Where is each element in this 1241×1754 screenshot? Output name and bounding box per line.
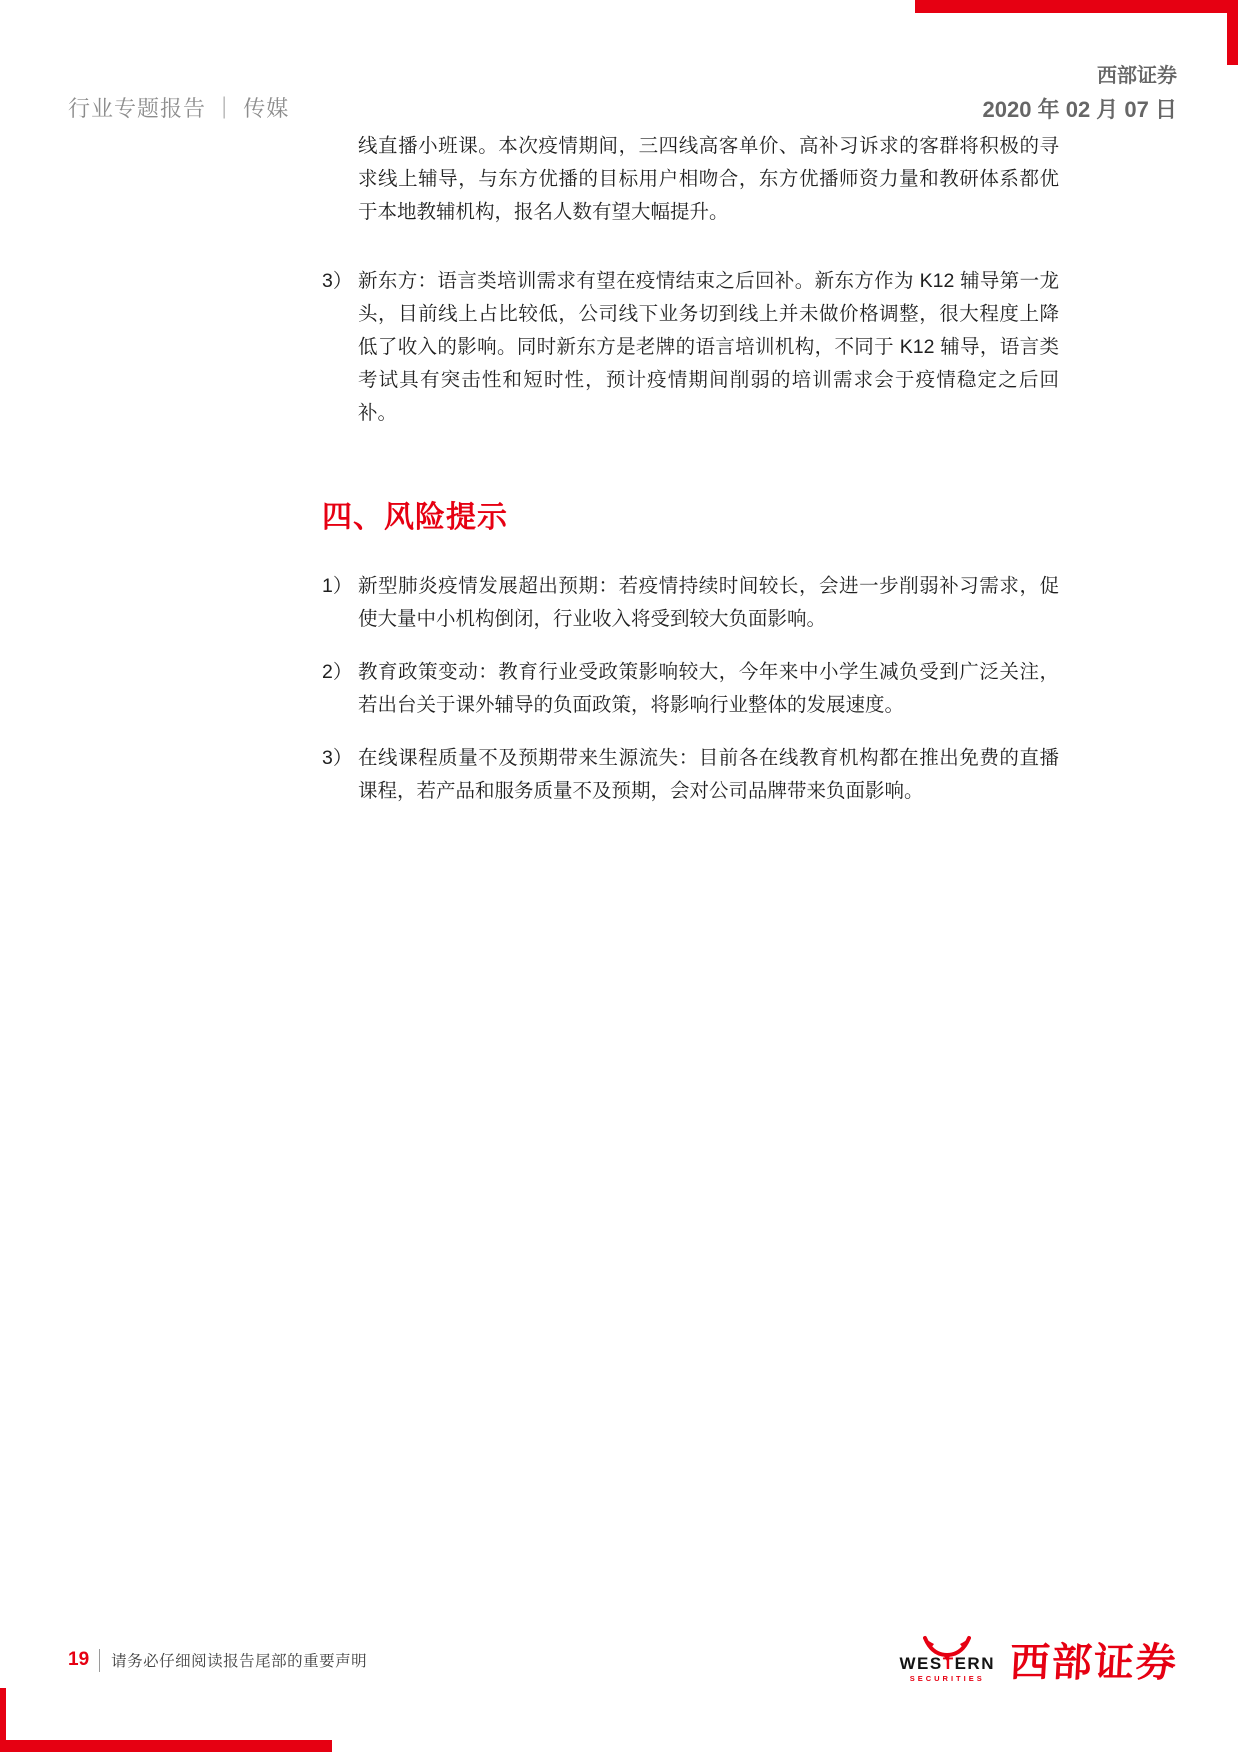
risk-item-2: 2） 教育政策变动：教育行业受政策影响较大，今年来中小学生减负受到广泛关注，若出…: [322, 656, 1059, 722]
footer-disclaimer-text: 请务必仔细阅读报告尾部的重要声明: [111, 1649, 367, 1671]
logo-securities-text: SECURITIES: [899, 1674, 995, 1683]
paragraph-continuation: 线直播小班课。本次疫情期间，三四线高客单价、高补习诉求的客群将积极的寻求线上辅导…: [358, 130, 1059, 229]
report-page: 行业专题报告 ｜ 传媒 西部证券 2020 年 02 月 07 日 线直播小班课…: [0, 0, 1241, 1754]
risk-item-text: 教育政策变动：教育行业受政策影响较大，今年来中小学生减负受到广泛关注，若出台关于…: [358, 656, 1059, 722]
top-right-corner-bar-horizontal: [915, 0, 1238, 13]
risk-item-3: 3） 在线课程质量不及预期带来生源流失：目前各在线教育机构都在推出免费的直播课程…: [322, 742, 1059, 808]
logo-western-block: WESTERN SECURITIES: [899, 1635, 995, 1683]
bull-horns-icon: [923, 1635, 971, 1661]
brand-name: 西部证券: [983, 64, 1177, 88]
risk-list: 1） 新型肺炎疫情发展超出预期：若疫情持续时间较长，会进一步削弱补习需求，促使大…: [322, 570, 1059, 808]
logo-chinese-name: 西部证券: [1009, 1631, 1180, 1688]
report-category-label: 行业专题报告 ｜ 传媒: [68, 92, 289, 123]
company-logo: WESTERN SECURITIES 西部证券: [899, 1628, 1178, 1690]
report-date: 2020 年 02 月 07 日: [983, 97, 1177, 123]
list-item-text: 新东方：语言类培训需求有望在疫情结束之后回补。新东方作为 K12 辅导第一龙头，…: [358, 265, 1059, 430]
risk-item-number: 1）: [322, 570, 358, 636]
risk-item-1: 1） 新型肺炎疫情发展超出预期：若疫情持续时间较长，会进一步削弱补习需求，促使大…: [322, 570, 1059, 636]
page-number: 19: [68, 1649, 89, 1671]
report-body: 线直播小班课。本次疫情期间，三四线高客单价、高补习诉求的客群将积极的寻求线上辅导…: [322, 130, 1059, 808]
top-right-corner-bar-vertical: [1227, 0, 1238, 65]
section-heading-risk: 四、风险提示: [322, 498, 1059, 538]
list-item-3-xindongfang: 3） 新东方：语言类培训需求有望在疫情结束之后回补。新东方作为 K12 辅导第一…: [322, 265, 1059, 430]
risk-item-text: 新型肺炎疫情发展超出预期：若疫情持续时间较长，会进一步削弱补习需求，促使大量中小…: [358, 570, 1059, 636]
footer-disclaimer-block: 19 请务必仔细阅读报告尾部的重要声明: [68, 1646, 367, 1674]
risk-item-number: 3）: [322, 742, 358, 808]
footer-divider-line: [99, 1649, 100, 1672]
risk-item-text: 在线课程质量不及预期带来生源流失：目前各在线教育机构都在推出免费的直播课程，若产…: [358, 742, 1059, 808]
list-item-number: 3）: [322, 265, 358, 430]
bottom-left-corner-bar-horizontal: [0, 1740, 332, 1752]
risk-item-number: 2）: [322, 656, 358, 722]
header-right-block: 西部证券 2020 年 02 月 07 日: [983, 64, 1177, 123]
